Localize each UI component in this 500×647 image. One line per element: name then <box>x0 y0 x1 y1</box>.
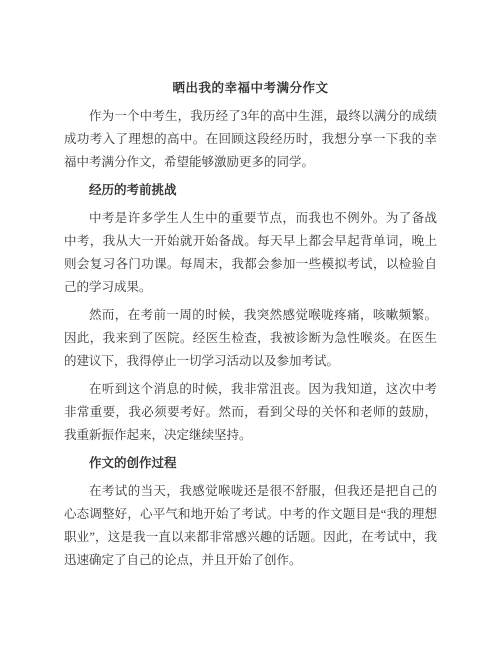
paragraph-exam-day: 在考试的当天，我感觉喉咙还是很不舒服，但我还是把自己的心态调整好，心平气和地开始… <box>64 480 437 572</box>
paragraph-illness: 然而，在考前一周的时候，我突然感觉喉咙疼痛，咳嗽频繁。因此，我来到了医院。经医生… <box>64 304 437 373</box>
paragraph-encouragement: 在听到这个消息的时候，我非常沮丧。因为我知道，这次中考非常重要，我必须要考好。然… <box>64 378 437 447</box>
paragraph-exam-preparation: 中考是许多学生人生中的重要节点，而我也不例外。为了备战中考，我从大一开始就开始备… <box>64 207 437 299</box>
section-heading-pre-exam-challenges: 经历的考前挑战 <box>64 179 437 202</box>
document-page: 晒出我的幸福中考满分作文 作为一个中考生，我历经了3年的高中生涯，最终以满分的成… <box>0 0 500 647</box>
document-title: 晒出我的幸福中考满分作文 <box>64 77 437 100</box>
section-heading-writing-process: 作文的创作过程 <box>64 452 437 475</box>
paragraph-intro: 作为一个中考生，我历经了3年的高中生涯，最终以满分的成绩成功考入了理想的高中。在… <box>64 105 437 174</box>
